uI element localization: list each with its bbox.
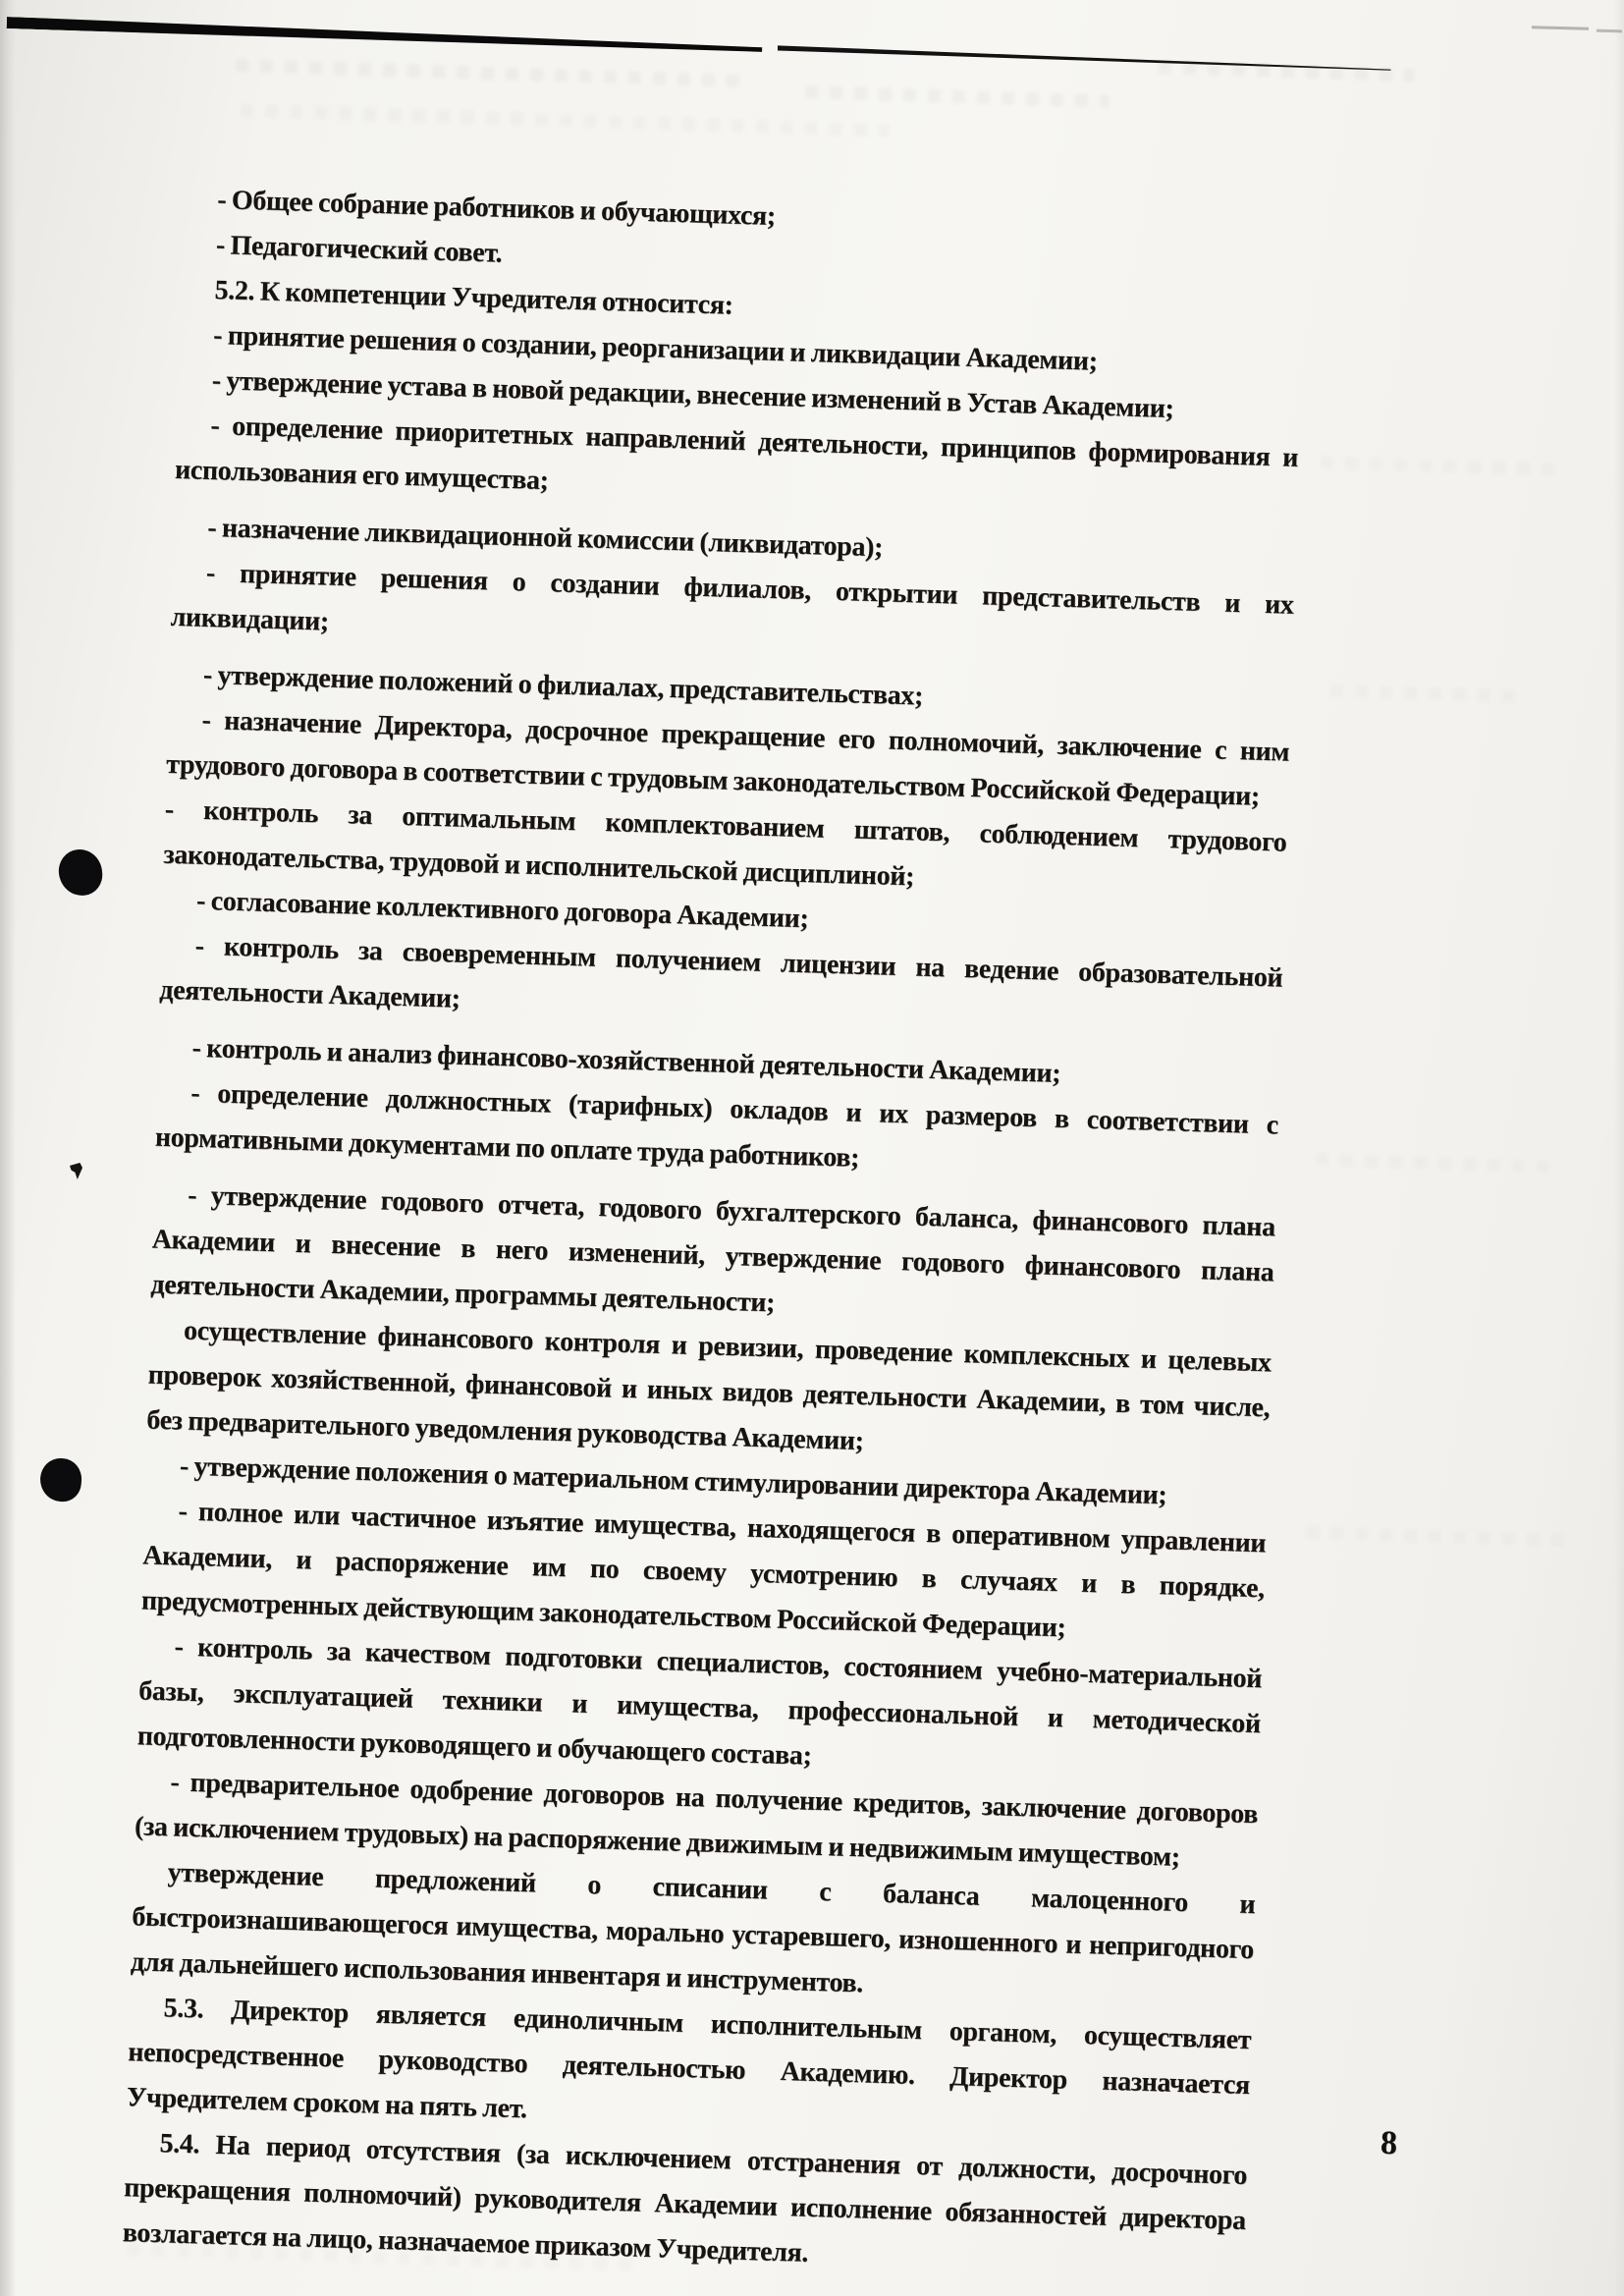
bleed-through-artifact	[1159, 61, 1414, 82]
bleed-through-artifact	[1316, 1153, 1561, 1174]
bleed-through-artifact	[236, 59, 746, 87]
scanned-document-page: - Общее собрание работников и обучающихс…	[0, 0, 1624, 2296]
text-block: - Общее собрание работников и обучающихс…	[122, 177, 1305, 2289]
bleed-through-artifact	[241, 104, 889, 137]
bleed-through-artifact	[1330, 684, 1527, 703]
scanner-edge-line-left-segment	[7, 17, 763, 54]
ink-speck	[70, 1163, 82, 1179]
scanner-dash-top-right	[1532, 26, 1589, 30]
scan-edge-shadow-right	[1614, 0, 1624, 2296]
bleed-through-artifact	[1306, 1526, 1571, 1547]
hole-punch-mark-bottom	[39, 1457, 83, 1503]
hole-punch-mark-top	[57, 847, 105, 898]
scanner-dash-top-right	[1597, 29, 1622, 33]
scan-edge-shadow-left	[0, 0, 16, 2296]
page-number: 8	[1380, 2125, 1398, 2162]
bleed-through-artifact	[1321, 456, 1556, 476]
bleed-through-artifact	[805, 85, 1110, 108]
